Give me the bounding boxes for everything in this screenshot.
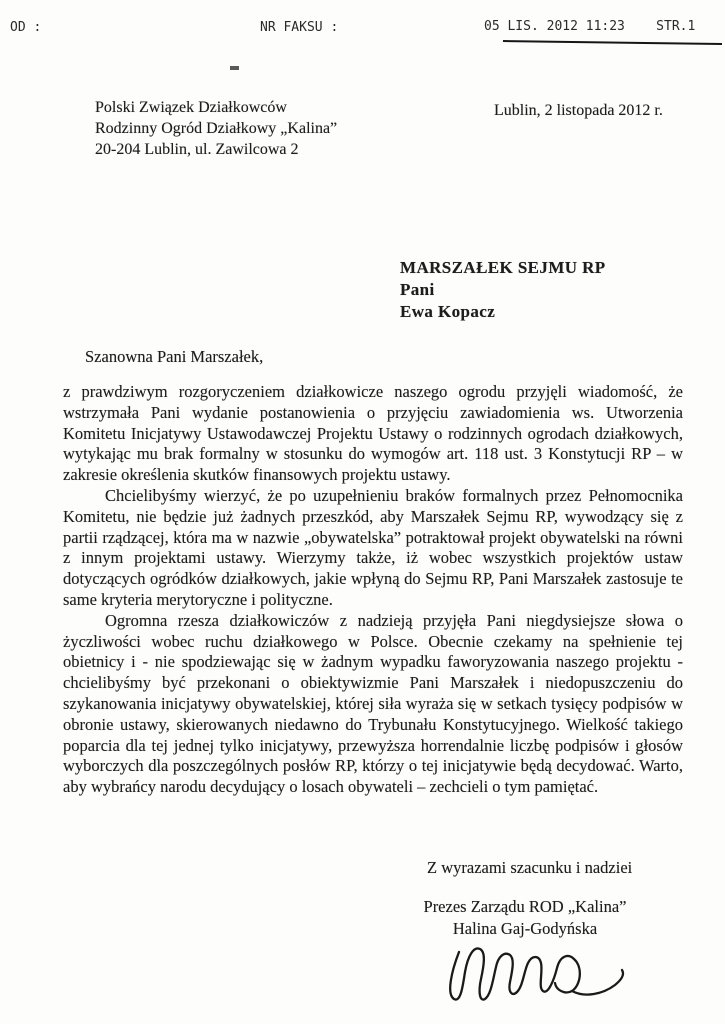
fax-header-underline xyxy=(503,40,722,45)
letter-body: z prawdziwym rozgoryczeniem działkowicze… xyxy=(63,382,683,798)
fax-from-label: OD : xyxy=(10,20,41,35)
recipient-block: MARSZAŁEK SEJMU RP Pani Ewa Kopacz xyxy=(400,257,606,323)
sender-street-address: 20-204 Lublin, ul. Zawilcowa 2 xyxy=(95,139,337,160)
recipient-honorific: Pani xyxy=(400,279,606,301)
sender-garden-name: Rodzinny Ogród Działkowy „Kalina” xyxy=(95,118,337,139)
sender-address-block: Polski Związek Działkowców Rodzinny Ogró… xyxy=(95,97,337,160)
valediction: Z wyrazami szacunku i nadziei xyxy=(427,858,632,878)
recipient-name: Ewa Kopacz xyxy=(400,301,606,323)
place-and-date: Lublin, 2 listopada 2012 r. xyxy=(494,102,663,120)
handwritten-signature-icon xyxy=(443,932,633,1010)
recipient-title: MARSZAŁEK SEJMU RP xyxy=(400,257,606,279)
salutation: Szanowna Pani Marszałek, xyxy=(85,347,263,367)
body-paragraph-2: Chcielibyśmy wierzyć, że po uzupełnieniu… xyxy=(63,486,683,611)
signer-title: Prezes Zarządu ROD „Kalina” xyxy=(395,896,655,918)
body-paragraph-3: Ogromna rzesza działkowiczów z nadzieją … xyxy=(63,611,683,798)
scan-artifact-dash xyxy=(230,66,239,70)
fax-datetime-page: 05 LIS. 2012 11:23 STR.1 xyxy=(484,19,695,34)
fax-number-label: NR FAKSU : xyxy=(260,20,338,35)
body-paragraph-1: z prawdziwym rozgoryczeniem działkowicze… xyxy=(63,382,683,486)
scanned-fax-letter: OD : NR FAKSU : 05 LIS. 2012 11:23 STR.1… xyxy=(0,0,725,1024)
sender-organization: Polski Związek Działkowców xyxy=(95,97,337,118)
